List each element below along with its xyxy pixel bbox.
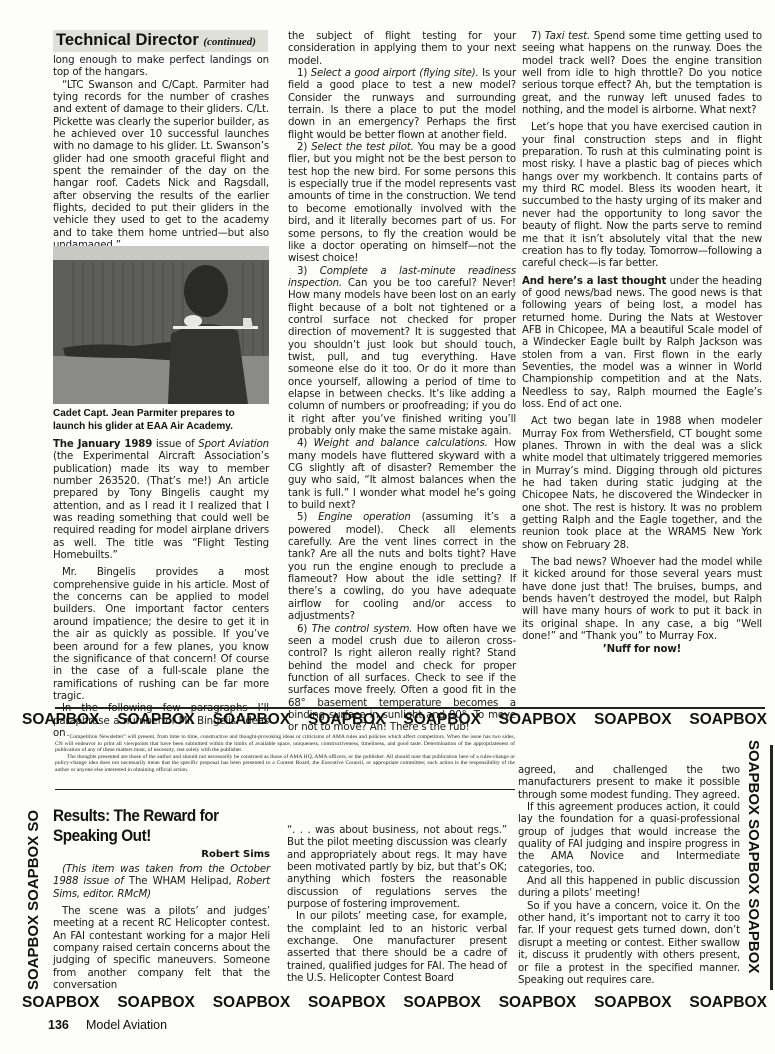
list-item: 5) Engine operation (assuming it’s a pow… xyxy=(288,512,516,623)
paragraph: In our pilots’ meeting case, for example… xyxy=(287,911,507,985)
section-title: Technical Director (continued) xyxy=(56,31,256,50)
soapbox-banner-bottom: SOAPBOX SOAPBOX SOAPBOX SOAPBOX SOAPBOX … xyxy=(22,994,767,1012)
soapbox-label: SOAPBOX xyxy=(403,994,481,1012)
photo-image xyxy=(53,246,269,404)
disclaimer-paragraph: The thoughts presented are those of the … xyxy=(55,754,515,774)
article-title: Results: The Reward for Speaking Out! xyxy=(53,806,251,846)
paragraph: Mr. Bingelis provides a most comprehensi… xyxy=(53,567,269,703)
disclaimer-paragraph: “Competition Newsletter” will present, f… xyxy=(55,734,515,754)
paragraph: “. . . was about business, not about reg… xyxy=(287,825,507,911)
publication-name: Model Aviation xyxy=(86,1018,167,1032)
magazine-page: Technical Director (continued) long enou… xyxy=(0,0,775,1054)
text: (the Experimental Aircraft Association’s… xyxy=(53,451,269,561)
column-1-bottom: The January 1989 issue of Sport Aviation… xyxy=(53,439,269,740)
soapbox-label: SOAPBOX xyxy=(308,994,386,1012)
signoff: ’Nuff for now! xyxy=(522,644,762,656)
soapbox-label: SOAPBOX xyxy=(594,711,672,729)
text: issue of xyxy=(152,439,198,450)
soapbox-label: SOAPBOX xyxy=(499,994,577,1012)
editor-note: (This item was taken from the October 19… xyxy=(53,864,270,901)
soapbox-label: SOAPBOX xyxy=(22,994,100,1012)
list-item: 4) Weight and balance calculations. How … xyxy=(288,438,516,512)
soapbox-label: SOAPBOX xyxy=(403,711,481,729)
photo-caption: Cadet Capt. Jean Parmiter prepares to la… xyxy=(53,408,269,433)
section-divider-top xyxy=(55,707,765,709)
column-3: 7) Taxi test. Spend some time getting us… xyxy=(522,31,762,656)
paragraph: And here’s a last thought under the head… xyxy=(522,276,762,412)
publication-name: Sport Aviation xyxy=(198,439,269,450)
results-column-3: agreed, and challenged the two manufactu… xyxy=(518,765,740,987)
section-title-text: Technical Director xyxy=(56,31,199,49)
soapbox-label: SOAPBOX xyxy=(689,711,767,729)
column-2: the subject of flight testing for your c… xyxy=(288,31,516,735)
list-item: 3) Complete a last-minute readiness insp… xyxy=(288,266,516,439)
paragraph: If this agreement produces action, it co… xyxy=(518,802,740,876)
lead-in: And here’s a last thought xyxy=(522,276,666,287)
soapbox-label: SOAPBOX xyxy=(499,711,577,729)
soapbox-vertical-left: SOAPBOX SOAPBOX SO xyxy=(25,810,42,990)
paragraph: Let’s hope that you have exercised cauti… xyxy=(522,122,762,270)
soapbox-label: SOAPBOX xyxy=(117,711,195,729)
list-item: 1) Select a good airport (flying site). … xyxy=(288,68,516,142)
author-byline: Robert Sims xyxy=(53,849,270,860)
soapbox-label: SOAPBOX xyxy=(117,994,195,1012)
lead-in: The January 1989 xyxy=(53,439,152,450)
soapbox-label: SOAPBOX xyxy=(689,994,767,1012)
disclaimer-divider xyxy=(55,789,515,790)
soapbox-vertical-right: SOAPBOX SOAPBOX SOAPBOX xyxy=(745,740,762,973)
soapbox-label: SOAPBOX xyxy=(213,711,291,729)
soapbox-label: SOAPBOX xyxy=(213,994,291,1012)
soapbox-label: SOAPBOX xyxy=(22,711,100,729)
list-item: 2) Select the test pilot. You may be a g… xyxy=(288,142,516,265)
soapbox-disclaimer: “Competition Newsletter” will present, f… xyxy=(55,734,515,774)
paragraph: Act two began late in 1988 when modeler … xyxy=(522,416,762,552)
paragraph: The January 1989 issue of Sport Aviation… xyxy=(53,439,269,562)
page-number: 136 xyxy=(48,1018,69,1032)
paragraph: And all this happened in public discussi… xyxy=(518,876,740,901)
paragraph: The scene was a pilots’ and judges’ meet… xyxy=(53,906,270,992)
paragraph: long enough to make perfect landings on … xyxy=(53,55,269,80)
photo-cadet-glider xyxy=(53,246,269,404)
paragraph: the subject of flight testing for your c… xyxy=(288,31,516,68)
list-item: 7) Taxi test. Spend some time getting us… xyxy=(522,31,762,117)
soapbox-label: SOAPBOX xyxy=(308,711,386,729)
soapbox-label: SOAPBOX xyxy=(594,994,672,1012)
right-border xyxy=(770,745,773,990)
results-column-2: “. . . was about business, not about reg… xyxy=(287,825,507,985)
paragraph: “LTC Swanson and C/Capt. Parmiter had ty… xyxy=(53,80,269,253)
continued-label: (continued) xyxy=(203,36,256,48)
paragraph: So if you have a concern, voice it. On t… xyxy=(518,901,740,987)
soapbox-banner-top: SOAPBOX SOAPBOX SOAPBOX SOAPBOX SOAPBOX … xyxy=(22,711,767,729)
paragraph: The bad news? Whoever had the model whil… xyxy=(522,557,762,643)
results-column-1: (This item was taken from the October 19… xyxy=(53,864,270,992)
column-1-top: long enough to make perfect landings on … xyxy=(53,55,269,253)
paragraph: agreed, and challenged the two manufactu… xyxy=(518,765,740,802)
